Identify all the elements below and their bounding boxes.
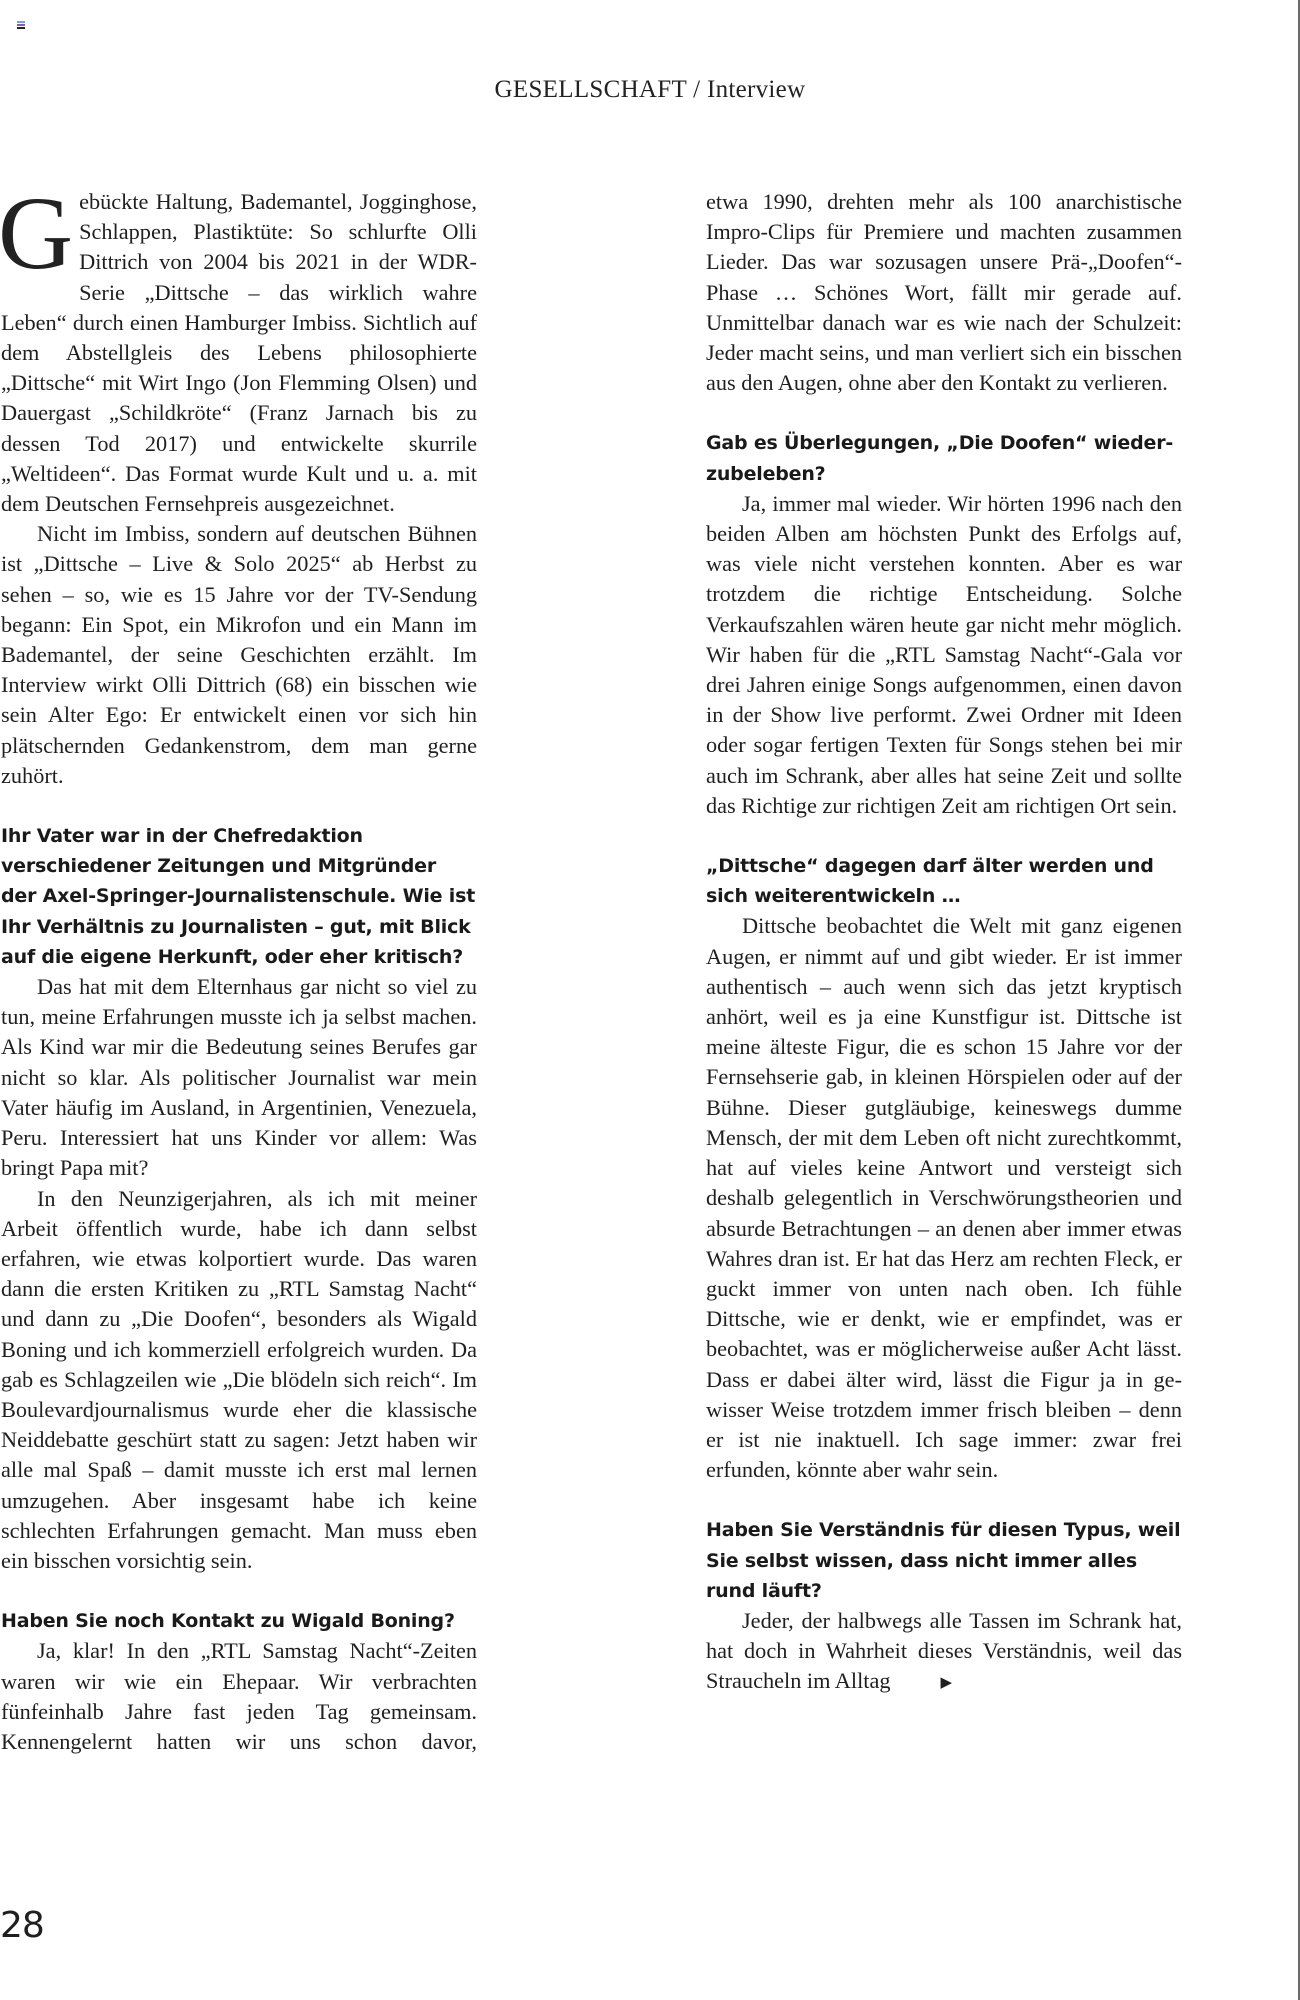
interview-answer: Ja, immer mal wieder. Wir hörten 1996 na… — [706, 489, 1182, 821]
app-flag-icon — [17, 21, 25, 29]
article-column-right: etwa 1990, drehten mehr als 100 anarchis… — [706, 187, 1182, 1699]
page-number: 28 — [0, 1905, 44, 1946]
article-column-left: Gebückte Haltung, Bademantel, Jog­gingho… — [1, 187, 477, 1757]
continue-arrow-icon: ▶ — [905, 1668, 953, 1698]
interview-question: „Dittsche“ dagegen darf älter werden und… — [706, 851, 1182, 911]
section-header: GESELLSCHAFT / Interview — [0, 76, 1300, 104]
interview-answer: In den Neunzigerjahren, als ich mit mein… — [1, 1184, 477, 1577]
interview-answer: Das hat mit dem Elternhaus gar nicht so … — [1, 972, 477, 1183]
interview-answer: Jeder, der halbwegs alle Tassen im Schra… — [706, 1606, 1182, 1699]
intro-paragraph: Nicht im Imbiss, sondern auf deutschen B… — [1, 519, 477, 791]
intro-paragraph: Gebückte Haltung, Bademantel, Jog­gingho… — [1, 187, 477, 519]
interview-answer-continued: etwa 1990, drehten mehr als 100 anarchis… — [706, 187, 1182, 398]
interview-question: Haben Sie noch Kontakt zu Wigald Boning? — [1, 1606, 477, 1636]
interview-question: Haben Sie Verständnis für diesen Typus, … — [706, 1515, 1182, 1606]
drop-cap: G — [0, 195, 73, 281]
interview-question: Gab es Überlegungen, „Die Doofen“ wieder… — [706, 428, 1182, 488]
interview-answer: Dittsche beobachtet die Welt mit ganz ei… — [706, 911, 1182, 1485]
interview-answer: Ja, klar! In den „RTL Samstag Nacht“-Zei… — [1, 1636, 477, 1757]
interview-question: Ihr Vater war in der Chefredaktion versc… — [1, 821, 477, 972]
